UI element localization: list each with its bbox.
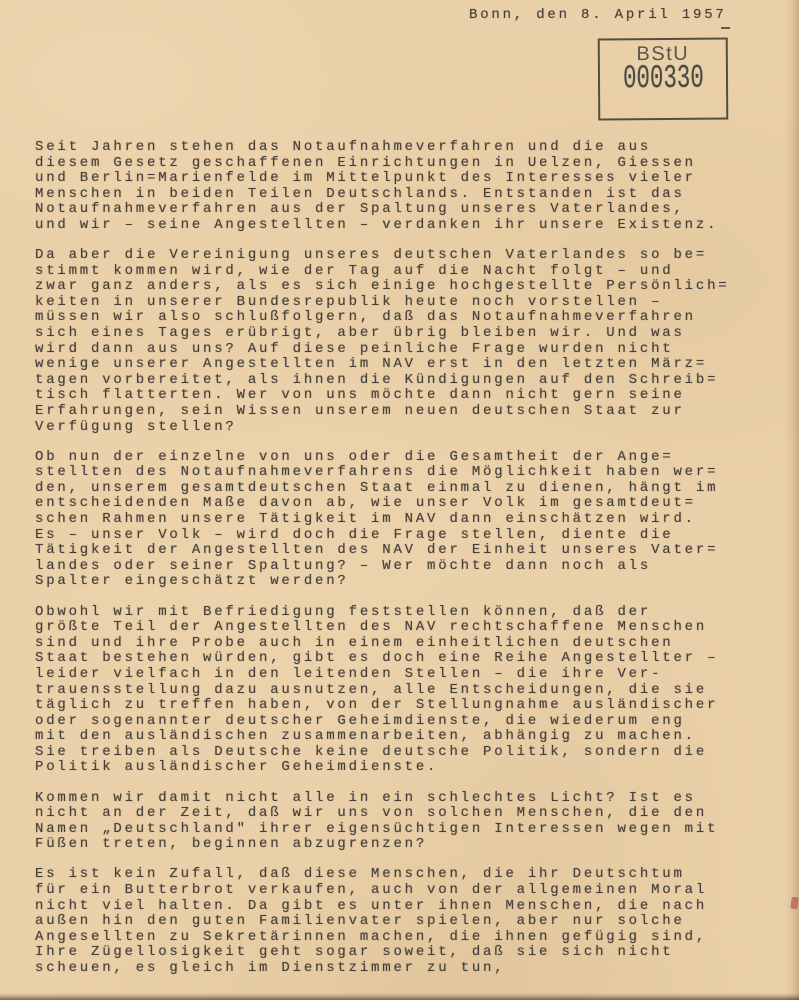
page-edge-shadow-bottom [0, 993, 799, 1000]
page-edge-shadow-right [785, 0, 799, 1000]
paragraph: Es ist kein Zufall, daß diese Menschen, … [35, 867, 775, 976]
document-body: Seit Jahren stehen das Notaufnahmeverfah… [35, 140, 775, 991]
document-page: Bonn, den 8. April 1957 BStU 000330 Seit… [0, 0, 799, 1000]
dateline: Bonn, den 8. April 1957 [469, 8, 727, 24]
paragraph: Seit Jahren stehen das Notaufnahmeverfah… [35, 140, 775, 234]
paragraph: Da aber die Vereinigung unseres deutsche… [35, 248, 775, 435]
bstu-stamp: BStU 000330 [598, 38, 729, 121]
stamp-number-digits: 000330 [623, 66, 704, 93]
paragraph: Kommen wir damit nicht alle in ein schle… [35, 791, 775, 853]
stamp-tick-mark [721, 27, 730, 29]
paragraph: Obwohl wir mit Befriedigung feststellen … [35, 605, 775, 777]
stamp-number: 000330 [603, 66, 722, 97]
paragraph: Ob nun der einzelne von uns oder die Ges… [35, 450, 775, 590]
page-edge-red-mark [790, 897, 799, 910]
